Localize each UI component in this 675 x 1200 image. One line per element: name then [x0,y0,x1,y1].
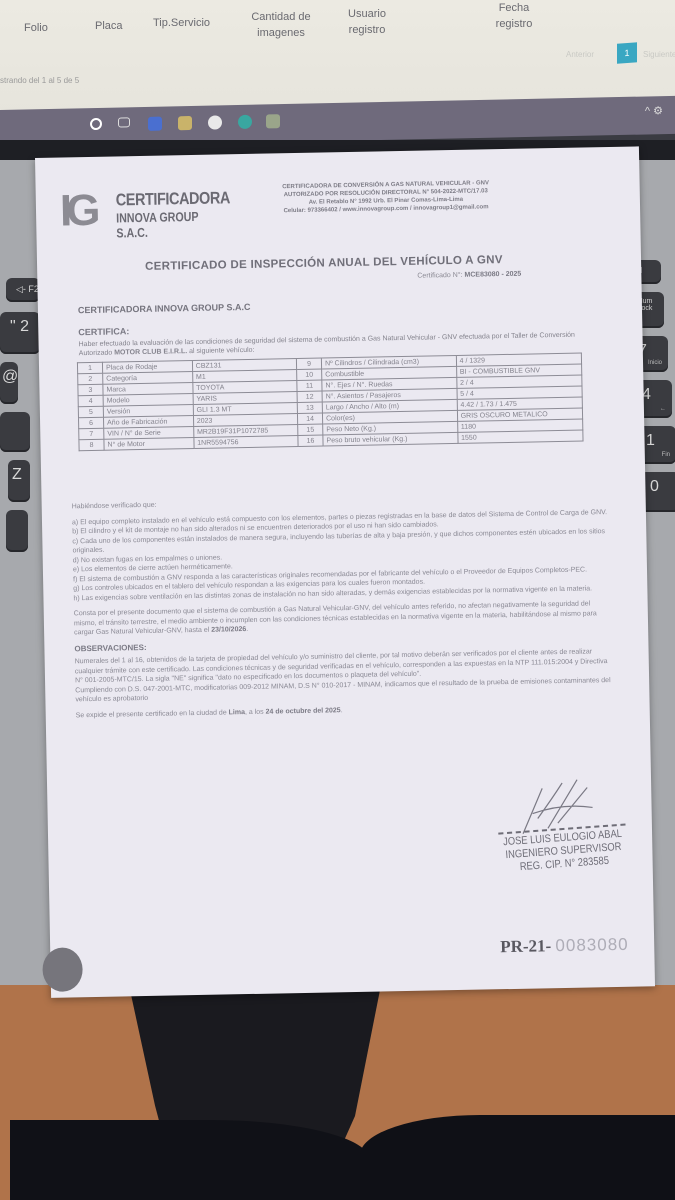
teams-icon[interactable] [148,117,162,131]
pagination-current-page[interactable]: 1 [617,42,637,63]
key-blank [0,412,30,452]
table-cell: 4 [78,395,103,406]
column-header-fecha-registro[interactable]: Fecha registro [492,0,536,32]
table-cell: 12 [297,391,322,402]
table-cell: 6 [78,417,103,428]
signature-stamp: JOSE LUIS EULOGIO ABAL INGENIERO SUPERVI… [498,823,628,875]
key-win [6,510,28,552]
table-cell: 1550 [458,430,584,443]
table-cell: 14 [297,413,322,424]
table-cell: 13 [297,402,322,413]
key-z: Z [8,460,30,502]
thumb [42,947,83,992]
table-cell: 11 [297,380,322,391]
company-logo: IG CERTIFICADORA INNOVA GROUP S.A.C. [60,184,231,237]
system-tray[interactable]: ^ ⚙ [645,104,663,117]
verified-items-list: a) El equipo completo instalado en el ve… [72,507,614,603]
table-cell: 10 [297,369,322,380]
table-cell: 2 [78,373,103,384]
table-cell: 16 [298,435,323,446]
table-cell: 5 [78,406,103,417]
company-name: CERTIFICADORA INNOVA GROUP S.A.C [78,302,251,315]
key-at: @ [0,362,18,404]
serial-number: PR-21- 0083080 [500,935,629,957]
table-cell: Peso bruto vehicular (Kg.) [323,432,458,446]
task-view-icon[interactable] [118,117,130,127]
column-header-usuario-registro[interactable]: Usuario registro [345,6,389,38]
key-volume-f2: ◁- F2 [6,278,40,302]
column-header-cantidad-imagenes[interactable]: Cantidad de imagenes [245,9,317,41]
start-icon[interactable] [90,118,102,130]
column-header-placa[interactable]: Placa [95,18,123,34]
table-info-text: strando del 1 al 5 de 5 [0,76,79,85]
vehicle-data-table: 1Placa de RodajeCBZ1319Nº Cilindros / Ci… [77,353,584,452]
table-cell: 7 [79,428,104,439]
table-cell: 1NR5594756 [194,436,298,449]
pagination-next-button[interactable]: Siguiente [643,50,675,59]
column-header-folio[interactable]: Folio [24,20,48,36]
clothing-right [360,1115,675,1200]
column-header-tip-servicio[interactable]: Tip.Servicio [153,15,210,31]
certificate-document: IG CERTIFICADORA INNOVA GROUP S.A.C. CER… [35,146,655,997]
pagination-prev-button[interactable]: Anterior [566,50,594,59]
header-info: CERTIFICADORA DE CONVERSIÓN A GAS NATURA… [256,179,517,216]
table-cell: 8 [79,439,104,450]
certificate-number: Certificado N°: MCE83080 - 2025 [417,271,521,280]
certifica-heading: CERTIFICA: [78,326,129,337]
edge-icon[interactable] [238,115,252,129]
certificate-body: Habiéndose verificado que: a) El equipo … [72,492,616,720]
logo-mark-icon: IG [60,189,95,234]
table-cell: 9 [296,358,321,369]
table-cell: 15 [298,424,323,435]
file-explorer-icon[interactable] [178,116,192,130]
document-title: CERTIFICADO DE INSPECCIÓN ANUAL DEL VEHÍ… [145,254,503,273]
key-2: " 2 [0,312,40,354]
clothing-left [10,1120,370,1200]
active-app-icon[interactable] [266,114,280,128]
table-cell: 3 [78,384,103,395]
chrome-icon[interactable] [208,115,222,129]
table-cell: 1 [77,362,102,373]
table-cell: N° de Motor [104,438,194,451]
